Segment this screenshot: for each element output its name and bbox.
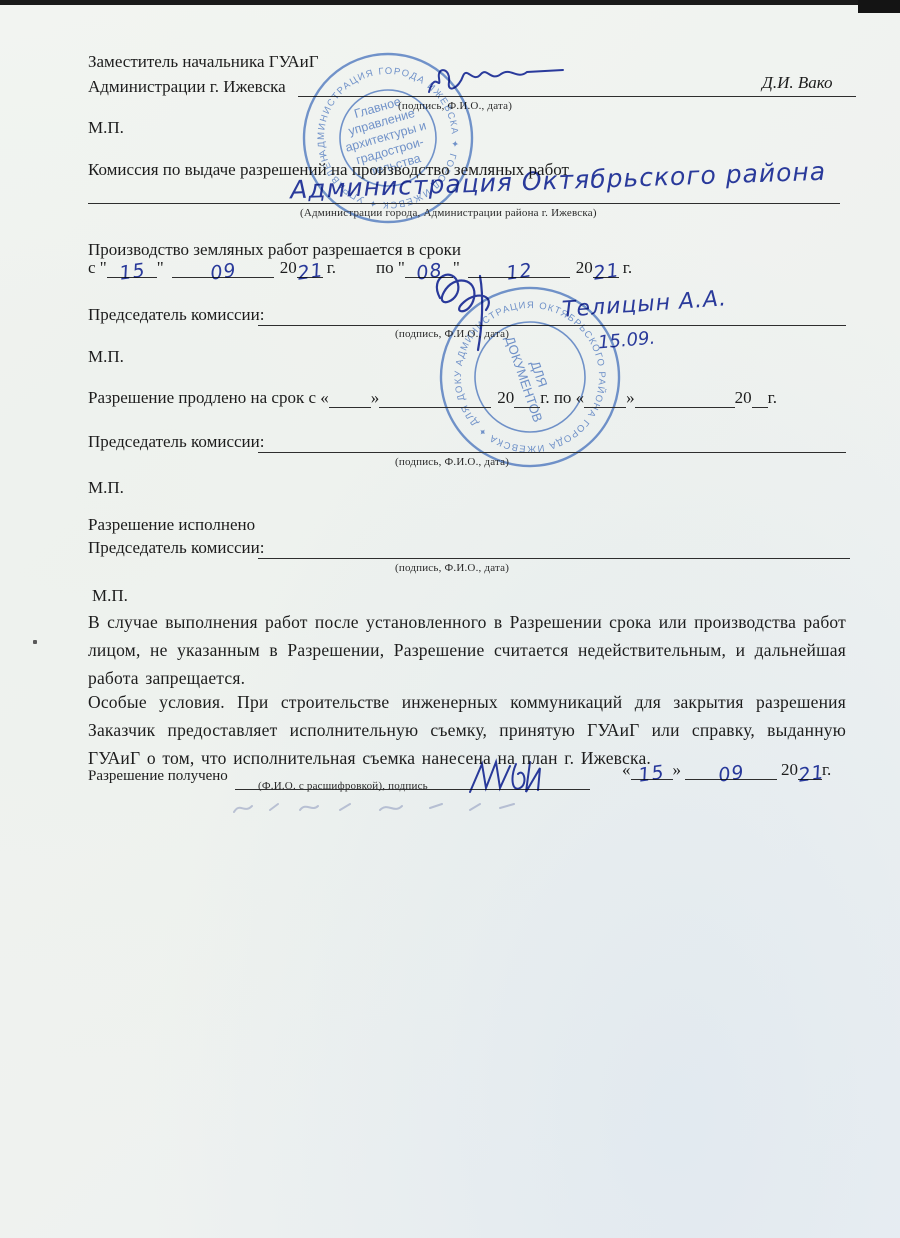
scanned-permit-document: Заместитель начальника ГУАиГ Администрац… [0,0,900,1238]
received-day-blank: 15 [631,760,673,780]
chairman-label-2: Председатель комиссии: [88,432,264,452]
from-label: с " [88,258,107,278]
chairman-label-1: Председатель комиссии: [88,305,264,325]
prolong-row: Разрешение продлено на срок с « » 20 г. … [88,388,777,408]
executed-title: Разрешение исполнено [88,515,255,535]
chairman-caption-2: (подпись, Ф.И.О., дата) [395,456,509,468]
from-day-value: 15 [118,259,147,284]
received-label: Разрешение получено [88,768,228,785]
chairman-caption-3: (подпись, Ф.И.О., дата) [395,562,509,574]
header-line-2: Администрации г. Ижевска [88,77,286,97]
from-year-value: 21 [296,259,325,284]
prolong-mid: г. по « [540,388,584,408]
from-day-blank: 15 [107,258,157,278]
stamp-place-mark-2: М.П. [88,347,124,367]
approver-name: Д.И. Вако [762,73,833,93]
header-line-1: Заместитель начальника ГУАиГ [88,52,319,72]
to-year-blank: 21 [593,258,619,278]
year-suffix: г. [623,258,632,278]
received-year-value: 21 [797,761,826,786]
from-century: 20 [280,258,297,278]
faded-handwriting-remnant [230,798,540,818]
from-year-blank: 21 [297,258,323,278]
district-round-stamp: АДМИНИСТРАЦИЯ ОКТЯБРЬСКОГО РАЙОНА ГОРОДА… [421,268,638,485]
prolong-quote: » [371,388,380,408]
prolong-end: г. [768,388,777,408]
quote-mark: " [157,258,164,278]
to-year-value: 21 [592,259,621,284]
prolong-month-blank-2 [635,388,735,408]
chairman-label-3: Председатель комиссии: [88,538,264,558]
stamp-place-mark-3: М.П. [88,478,124,498]
invalid-notice-paragraph: В случае выполнения работ после установл… [88,608,846,692]
scan-edge-top [0,0,900,5]
received-century: 20 [781,760,798,780]
received-year-blank: 21 [798,760,822,780]
commission-line [88,203,840,204]
prolong-century-2: 20 [735,388,752,408]
to-century: 20 [576,258,593,278]
period-title: Производство земляных работ разрешается … [88,240,461,260]
open-quote: « [622,760,631,780]
scan-edge-corner [858,0,900,13]
commission-caption: (Администрации города, Администрации рай… [300,207,597,219]
prolong-year-blank-2 [752,388,768,408]
prolong-century-1: 20 [497,388,514,408]
close-quote: » [673,760,682,780]
year-suffix: г. [327,258,336,278]
scan-speck [33,640,37,644]
received-day-value: 15 [637,761,666,786]
prolong-year-blank-1 [514,388,540,408]
chairman-line-2 [258,452,846,453]
prolong-quote: » [626,388,635,408]
stamp-place-mark-1: М.П. [88,118,124,138]
from-month-blank: 09 [172,258,274,278]
prolong-day-blank-1 [329,388,371,408]
from-month-value: 09 [209,259,238,284]
prolong-day-blank-2 [584,388,626,408]
received-date-row: « 15 » 09 20 21 г. [622,760,831,780]
period-dates-row: с " 15 " 09 20 21 г. по " 08 " 12 20 21 … [88,258,632,278]
received-month-value: 09 [717,761,746,786]
to-label: по " [376,258,405,278]
received-signature-scribble [460,758,570,800]
received-caption: (Ф.И.О. с расшифровкой), подпись [258,780,428,792]
prolong-month-blank-1 [379,388,491,408]
stamp-place-mark-4: М.П. [92,586,128,606]
prolong-text: Разрешение продлено на срок с « [88,388,329,408]
chairman-line-3 [258,558,850,559]
received-month-blank: 09 [685,760,777,780]
